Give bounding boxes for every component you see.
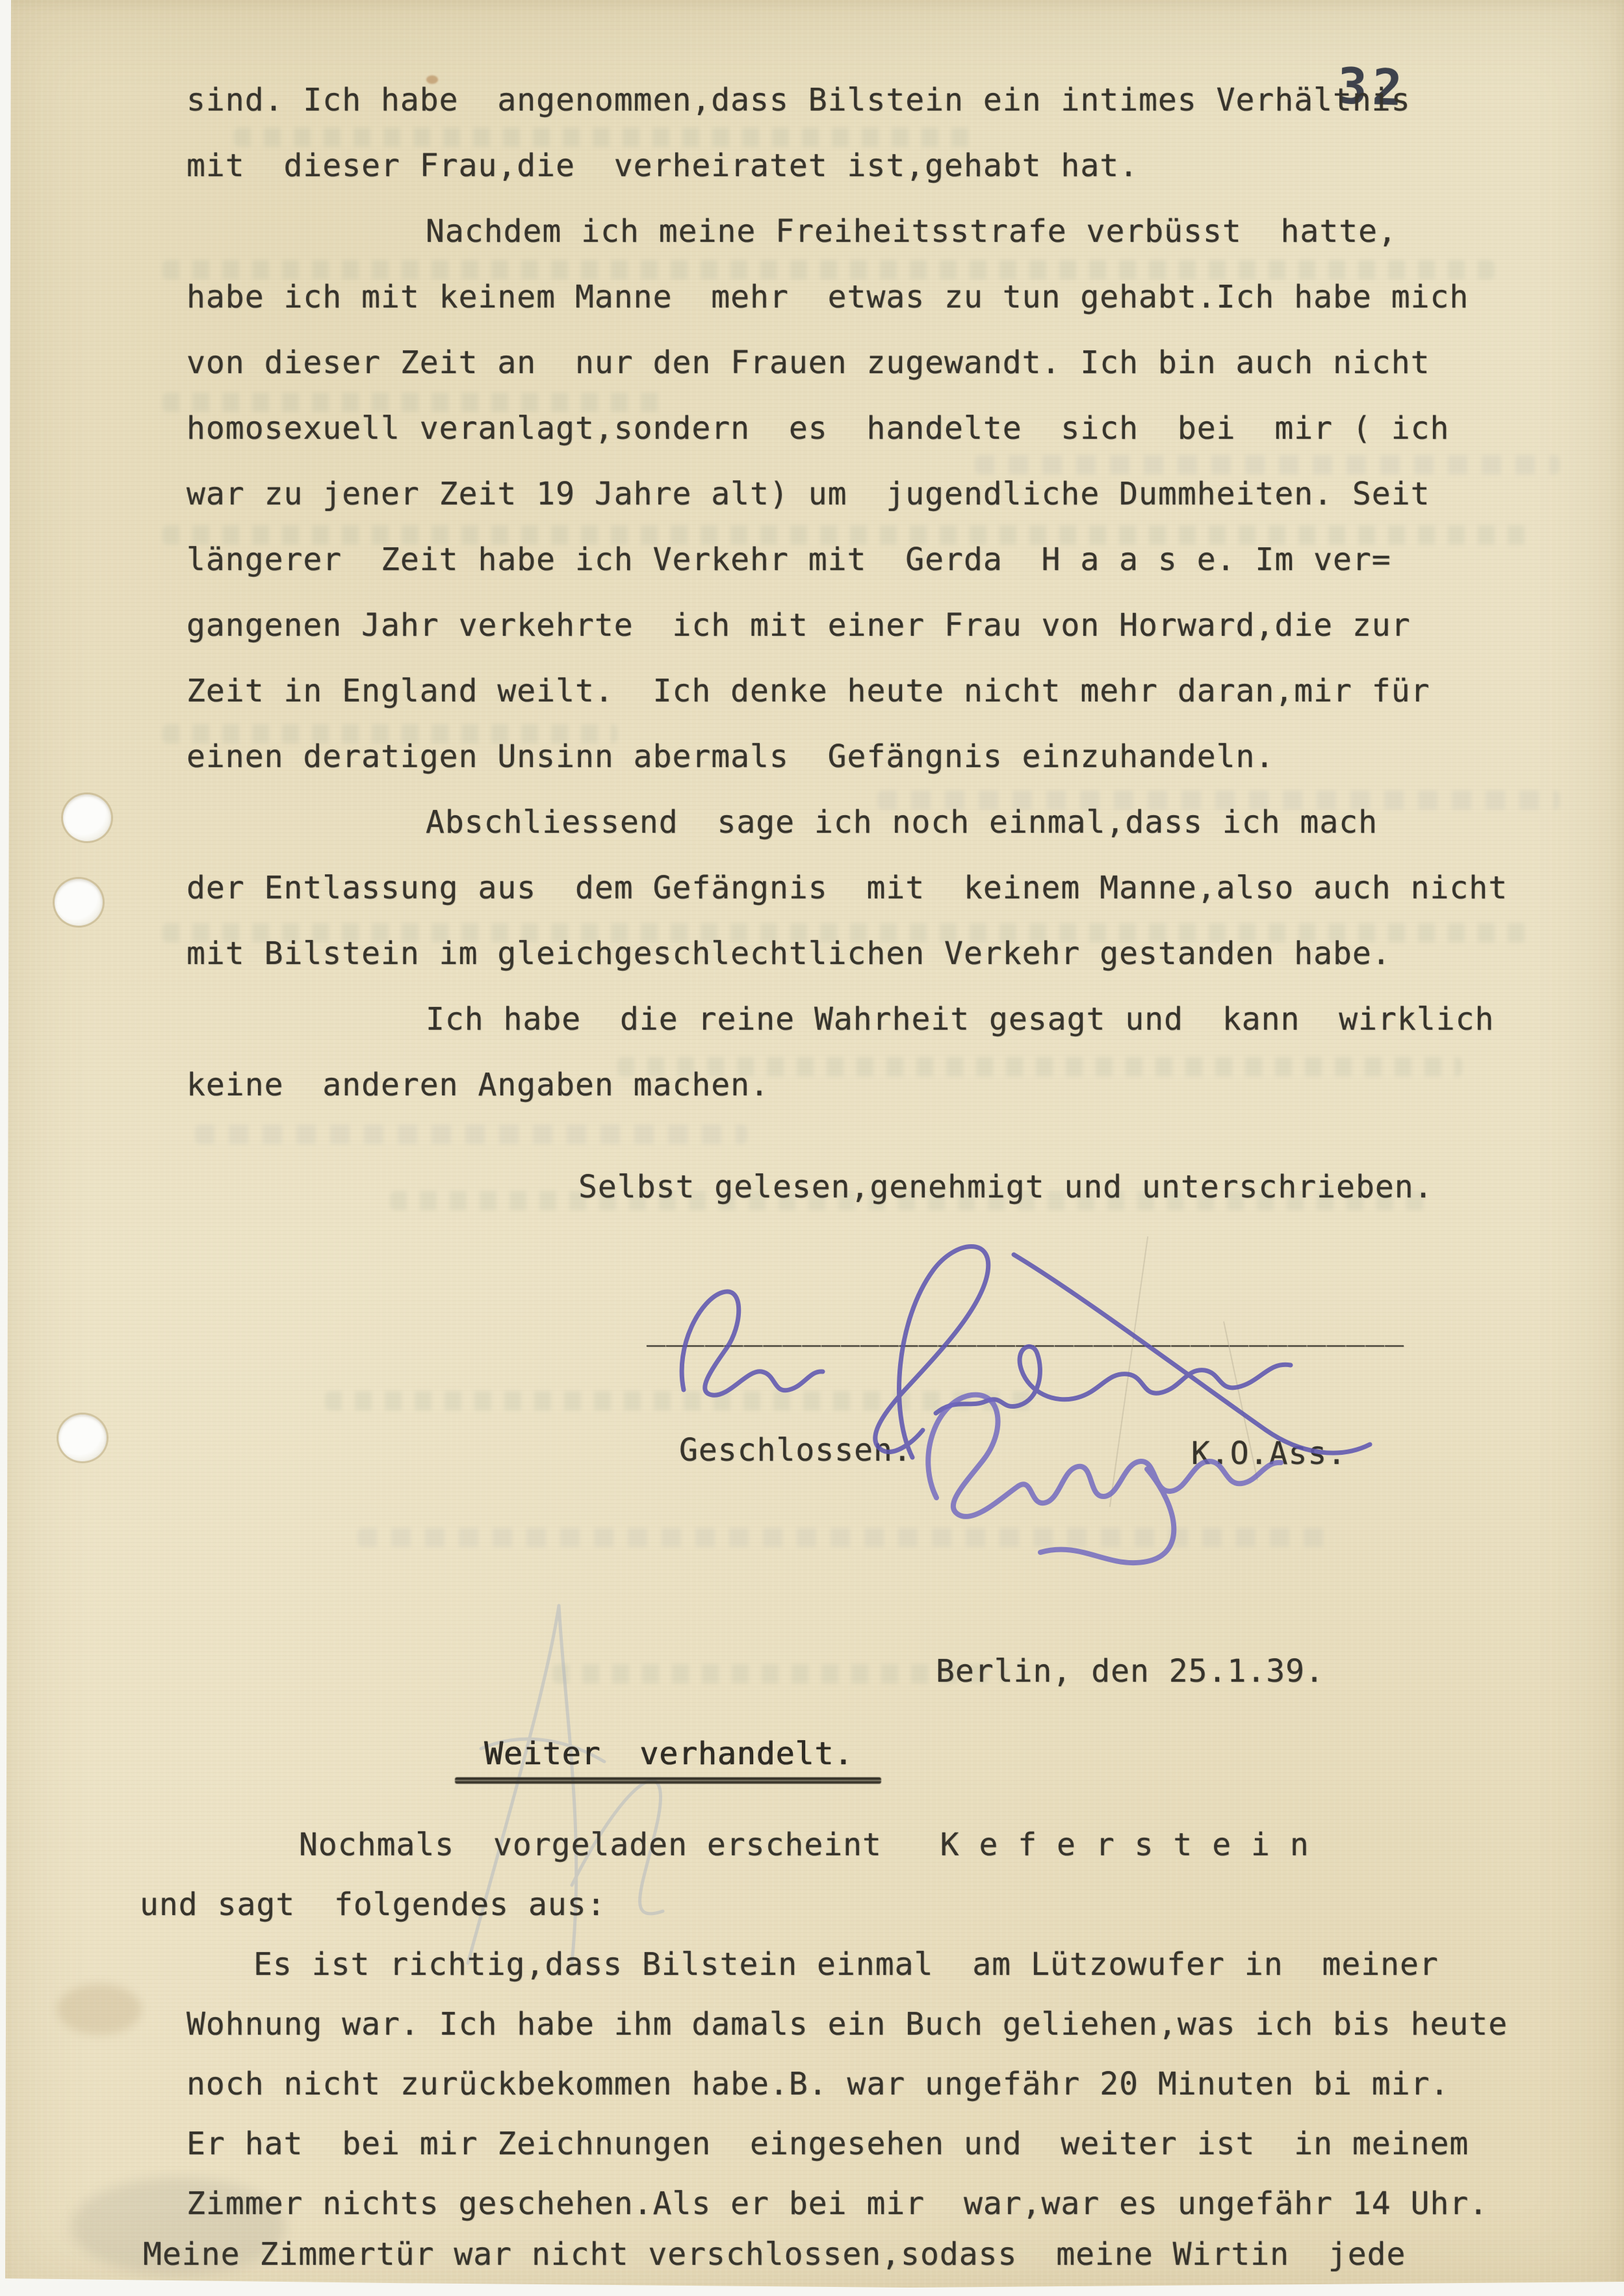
bleed-through-line (975, 455, 1560, 475)
continuation-line: Nochmals vorgeladen erscheint K e f e r … (299, 1828, 1309, 1863)
bleed-through-line (195, 1125, 747, 1144)
statement-line: mit Bilstein im gleichgeschlechtlichen V… (187, 937, 1391, 972)
continuation-line: Zimmer nichts geschehen.Als er bei mir w… (187, 2187, 1488, 2222)
statement-line: einen deratigen Unsinn abermals Gefängni… (187, 740, 1274, 775)
statement-line: Ich habe die reine Wahrheit gesagt und k… (426, 1002, 1494, 1037)
statement-line: homosexuell veranlagt,sondern es handelt… (187, 411, 1449, 447)
read-approved-line: Selbst gelesen,genehmigt und unterschrie… (578, 1170, 1434, 1205)
continuation-line: noch nicht zurückbekommen habe.B. war un… (187, 2067, 1449, 2102)
statement-line: Abschliessend sage ich noch einmal,dass … (426, 805, 1378, 841)
place-date-line: Berlin, den 25.1.39. (936, 1654, 1324, 1689)
statement-line: mit dieser Frau,die verheiratet ist,geha… (187, 149, 1139, 184)
punch-hole (55, 879, 103, 926)
scanned-document-page: 32 sind. Ich habe angenommen,dass Bilste… (0, 0, 1624, 2296)
statement-line: habe ich mit keinem Manne mehr etwas zu … (187, 280, 1469, 315)
statement-line: längerer Zeit habe ich Verkehr mit Gerda… (187, 543, 1391, 578)
continuation-line: Wohnung war. Ich habe ihm damals ein Buc… (187, 2007, 1508, 2042)
section-heading: Weiter verhandelt. (484, 1737, 853, 1772)
statement-line: Zeit in England weilt. Ich denke heute n… (187, 674, 1430, 709)
statement-line: keine anderen Angaben machen. (187, 1068, 769, 1103)
paper-sheet: 32 sind. Ich habe angenommen,dass Bilste… (0, 0, 1624, 2296)
paper-smudge (57, 1984, 142, 2035)
section-heading-underline (455, 1777, 881, 1784)
statement-line: sind. Ich habe angenommen,dass Bilstein … (187, 83, 1411, 118)
continuation-line: und sagt folgendes aus: (140, 1888, 606, 1923)
continuation-line: Er hat bei mir Zeichnungen eingesehen un… (187, 2127, 1469, 2162)
statement-line: Nachdem ich meine Freiheitsstrafe verbüs… (426, 215, 1397, 250)
officer-signature (874, 1359, 1329, 1573)
continuation-line: Es ist richtig,dass Bilstein einmal am L… (253, 1948, 1439, 1983)
bleed-through-line (234, 127, 981, 147)
bleed-through-line (162, 393, 669, 412)
continuation-line: Meine Zimmertür war nicht verschlossen,s… (143, 2237, 1406, 2273)
bleed-through-line (162, 260, 1495, 280)
statement-line: von dieser Zeit an nur den Frauen zugewa… (187, 346, 1430, 381)
punch-hole (63, 794, 111, 841)
statement-line: war zu jener Zeit 19 Jahre alt) um jugen… (187, 477, 1430, 512)
statement-line: gangenen Jahr verkehrte ich mit einer Fr… (187, 608, 1411, 644)
statement-line: der Entlassung aus dem Gefängnis mit kei… (187, 871, 1508, 906)
punch-hole (58, 1415, 107, 1461)
